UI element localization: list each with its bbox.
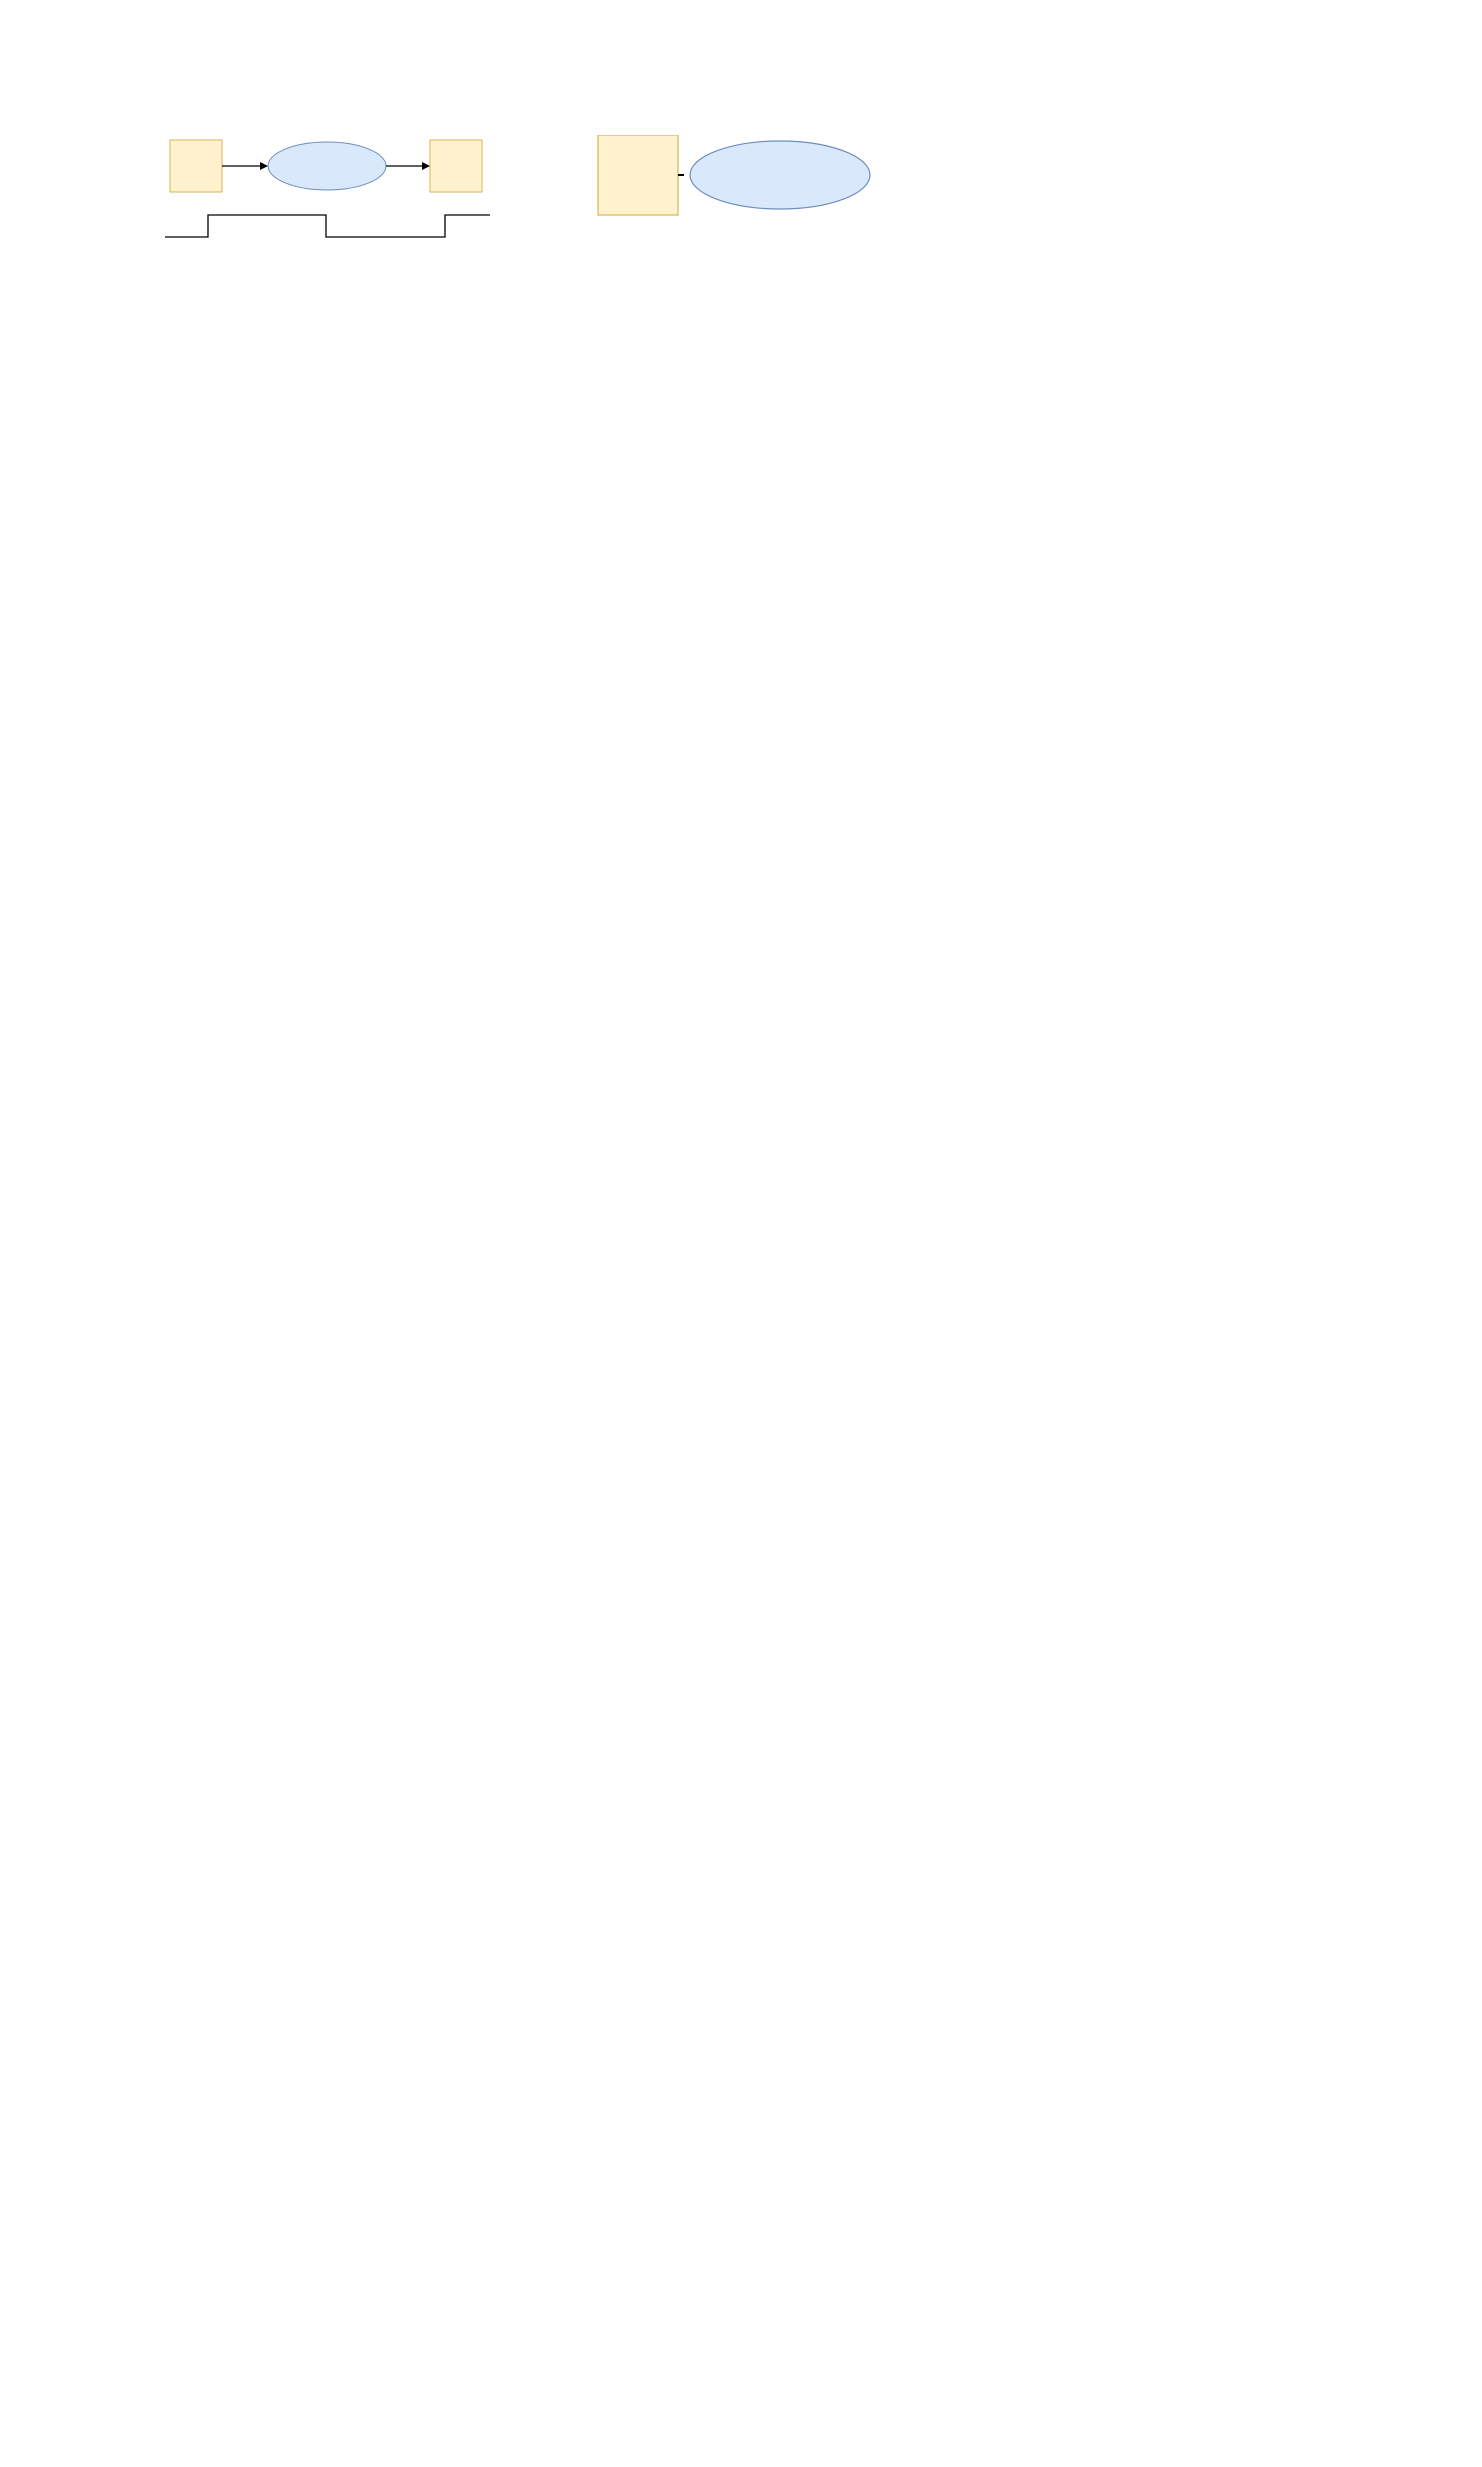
feedback-loop-diagram xyxy=(550,135,960,295)
figure-1 xyxy=(80,125,500,295)
figure-2 xyxy=(550,135,960,295)
state-logic-clock-diagram xyxy=(80,125,500,295)
